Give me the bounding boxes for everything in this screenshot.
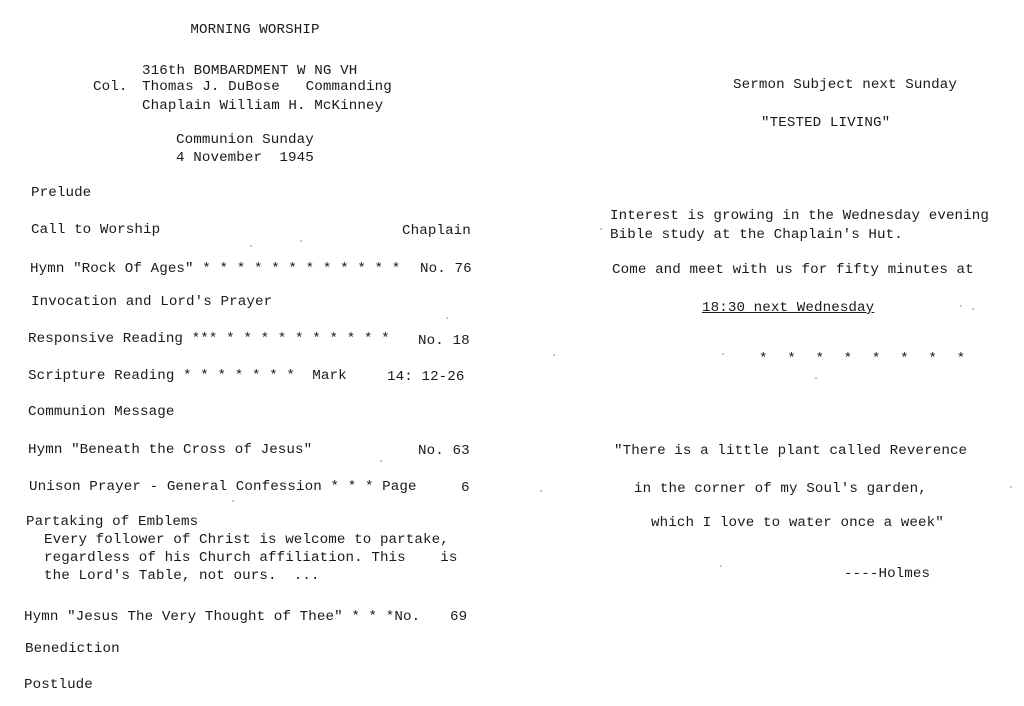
quote-line: which I love to water once a week" (651, 515, 944, 531)
section-divider: * * * * * * * * (759, 351, 965, 367)
service-item: Hymn "Jesus The Very Thought of Thee" * … (24, 609, 420, 625)
service-item: Hymn "Rock Of Ages" * * * * * * * * * * … (30, 261, 400, 277)
sermon-heading: Sermon Subject next Sunday (733, 77, 957, 93)
quote-attribution: ----Holmes (844, 566, 930, 582)
service-item-detail: 6 (461, 480, 470, 496)
emblems-note-line: regardless of his Church affiliation. Th… (44, 550, 457, 566)
unit-name: 316th BOMBARDMENT W NG VH (142, 63, 357, 79)
occasion: Communion Sunday (176, 132, 314, 148)
commander-line: Thomas J. DuBose Commanding (142, 79, 392, 95)
announcement-line: Interest is growing in the Wednesday eve… (610, 208, 989, 224)
service-item: Invocation and Lord's Prayer (31, 294, 272, 310)
service-item-detail: 69 (450, 609, 467, 625)
service-item-detail: 14: 12-26 (387, 369, 465, 385)
service-item-detail: No. 18 (418, 333, 470, 349)
service-date: 4 November 1945 (176, 150, 314, 166)
service-item: Hymn "Beneath the Cross of Jesus" (28, 442, 312, 458)
service-item: Benediction (25, 641, 120, 657)
service-item: Unison Prayer - General Confession * * *… (29, 479, 417, 495)
announcement-line: Come and meet with us for fifty minutes … (612, 262, 974, 278)
service-item: Prelude (31, 185, 91, 201)
service-item: Call to Worship (31, 222, 160, 238)
chaplain-line: Chaplain William H. McKinney (142, 98, 383, 114)
quote-line: "There is a little plant called Reverenc… (614, 443, 967, 459)
service-item: Partaking of Emblems (26, 514, 198, 530)
service-item-detail: Chaplain (402, 223, 471, 239)
announcement-line: Bible study at the Chaplain's Hut. (610, 227, 903, 243)
service-item: Scripture Reading * * * * * * * Mark (28, 368, 347, 384)
service-item: Responsive Reading *** * * * * * * * * *… (28, 331, 390, 347)
page-title: MORNING WORSHIP (150, 22, 360, 38)
service-item: Postlude (24, 677, 93, 693)
service-item-detail: No. 76 (420, 261, 472, 277)
commander-prefix: Col. (93, 79, 127, 95)
quote-line: in the corner of my Soul's garden, (634, 481, 927, 497)
emblems-note-line: the Lord's Table, not ours. ... (44, 568, 320, 584)
service-item-detail: No. 63 (418, 443, 470, 459)
sermon-title: "TESTED LIVING" (761, 115, 890, 131)
meeting-time: 18:30 next Wednesday (702, 300, 874, 316)
service-item: Communion Message (28, 404, 174, 420)
emblems-note-line: Every follower of Christ is welcome to p… (44, 532, 449, 548)
